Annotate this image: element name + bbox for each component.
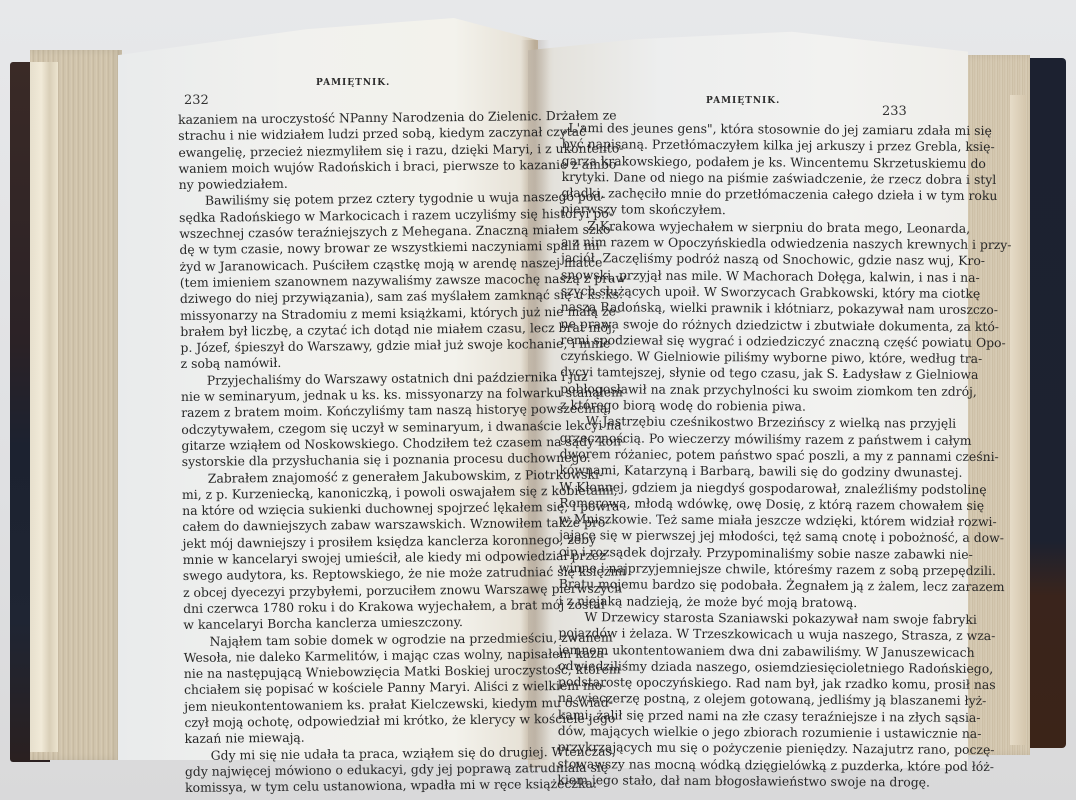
text-line: W Jastrzębiu cześnikostwo Brzezińscy z w…: [560, 413, 910, 432]
text-line: przykrzających mu się o pożyczenie pieni…: [558, 739, 908, 758]
page-number-left: 232: [184, 93, 209, 108]
text-line: kiem jego stało, dał nam błogosławieństw…: [557, 772, 907, 791]
left-page-body-text: kazaniem na uroczystość NPanny Narodzeni…: [178, 108, 525, 796]
running-head-left: PAMIĘTNIK.: [316, 78, 390, 88]
running-head-right: PAMIĘTNIK.: [706, 96, 780, 106]
right-page-body-text: „L'ami des jeunes gens", która stosownie…: [557, 120, 912, 791]
open-book-photo: PAMIĘTNIK. 232 PAMIĘTNIK. 233 kazaniem n…: [0, 0, 1076, 800]
text-line: jaciół. Zaczęliśmy podróż naszą od Snoch…: [561, 250, 911, 269]
text-line: jające się w pierwszej jej młodości, tęż…: [559, 527, 909, 546]
text-line: komissya, w tym celu ustanowiona, wpadła…: [185, 777, 525, 797]
text-line: być napisaną. Przetłómaczyłem kilka jej …: [562, 136, 912, 155]
text-line: naszą Radońską, wielki prawnik i kłótnia…: [561, 299, 911, 318]
loose-leaves-left: [30, 62, 58, 752]
page-block-edge-left: [30, 50, 122, 760]
loose-leaves-right: [1010, 95, 1026, 745]
text-line: kównami, Katarzyną i Barbarą, bawili się…: [559, 462, 909, 481]
text-line: pojazdów i żelaza. W Trzeszkowicach u wu…: [558, 625, 908, 644]
text-line: Bratu mojemu bardzo się podobała. Żegnał…: [559, 576, 909, 595]
text-line: na wieczerzę postną, z olejem gotowaną, …: [558, 690, 908, 709]
page-number-right: 233: [882, 104, 907, 119]
